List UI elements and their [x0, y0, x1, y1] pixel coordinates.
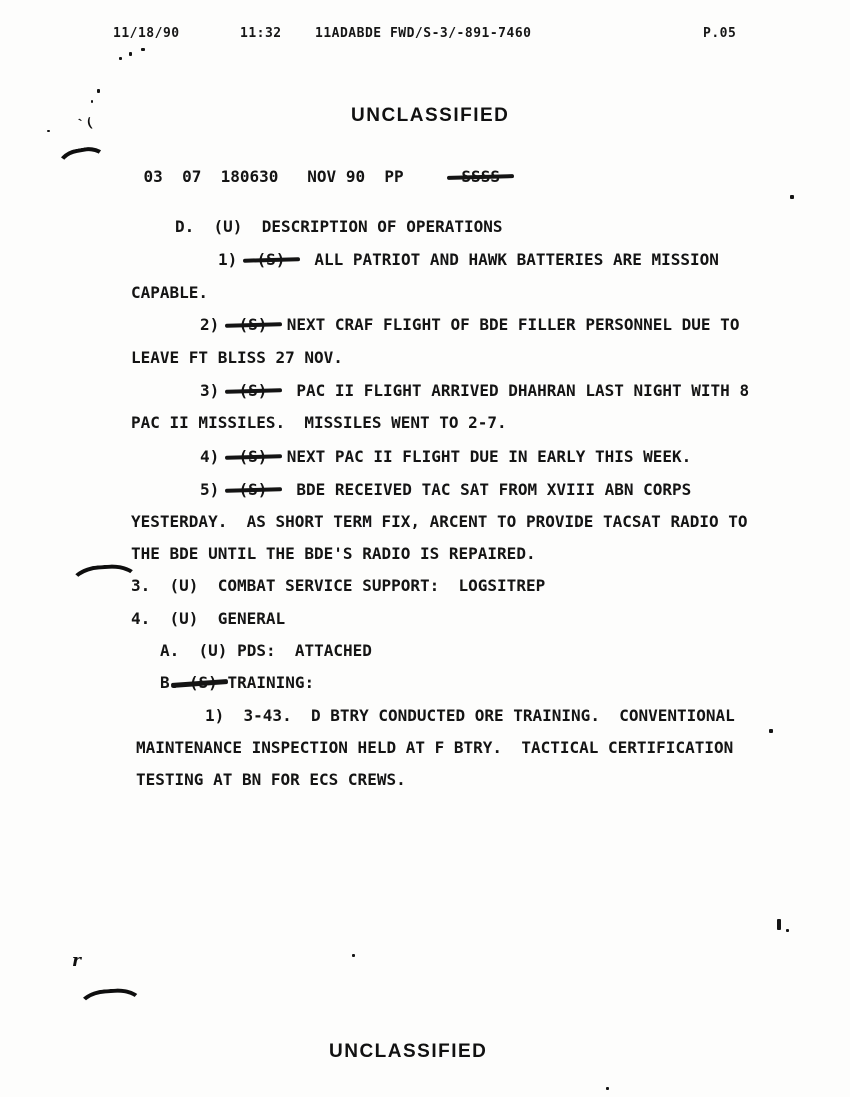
doc-line: 3. (U) COMBAT SERVICE SUPPORT: LOGSITREP — [131, 576, 545, 595]
doc-line: 3) (S) PAC II FLIGHT ARRIVED DHAHRAN LAS… — [200, 381, 749, 400]
doc-line: TESTING AT BN FOR ECS CREWS. — [136, 770, 406, 789]
doc-line: A. (U) PDS: ATTACHED — [160, 641, 372, 660]
fax-date: 11/18/90 — [113, 26, 180, 41]
scan-speck — [777, 919, 781, 930]
classification-banner-bottom: UNCLASSIFIED — [329, 1041, 487, 1063]
dtg-text: 03 07 180630 NOV 90 PP — [144, 167, 404, 186]
scan-speck — [119, 57, 122, 60]
fax-document-page: 11/18/90 11:32 11ADABDE FWD/S-3/-891-746… — [0, 0, 850, 1097]
scan-speck — [786, 929, 789, 932]
struck-classification-mark: (S) — [239, 315, 268, 334]
pen-r-mark: r — [72, 951, 81, 971]
fax-station-id: 11ADABDE FWD/S-3/-891-7460 — [315, 26, 532, 41]
scan-speck — [790, 195, 794, 199]
pen-arc-mark — [68, 563, 143, 608]
scan-speck — [97, 89, 100, 93]
scan-speck — [606, 1087, 609, 1090]
struck-classification-mark: (S) — [239, 447, 268, 466]
scan-speck — [129, 52, 132, 56]
pen-arc-mark — [54, 144, 111, 187]
fax-page-number: P.05 — [703, 26, 736, 41]
struck-classification-mark: (S) — [189, 673, 218, 692]
doc-line: 1) (S) ALL PATRIOT AND HAWK BATTERIES AR… — [218, 250, 719, 269]
doc-line: B. (S) TRAINING: — [160, 673, 314, 692]
pen-arc-mark — [76, 987, 146, 1030]
scan-speck — [769, 729, 773, 733]
scan-speck — [91, 100, 93, 103]
pen-tick-mark: `( — [77, 116, 95, 134]
doc-line: PAC II MISSILES. MISSILES WENT TO 2-7. — [131, 413, 507, 432]
struck-classification-mark: (S) — [239, 381, 268, 400]
doc-line: 1) 3-43. D BTRY CONDUCTED ORE TRAINING. … — [205, 706, 735, 725]
doc-line: YESTERDAY. AS SHORT TERM FIX, ARCENT TO … — [131, 512, 748, 531]
classification-banner-top: UNCLASSIFIED — [351, 105, 509, 127]
doc-line: THE BDE UNTIL THE BDE'S RADIO IS REPAIRE… — [131, 544, 536, 563]
redacted-classification-group: SSSS — [461, 167, 500, 186]
doc-line: CAPABLE. — [131, 283, 208, 302]
struck-classification-mark: (S) — [257, 250, 286, 269]
scan-speck — [352, 954, 355, 957]
doc-line: D. (U) DESCRIPTION OF OPERATIONS — [175, 217, 503, 236]
struck-classification-mark: (S) — [239, 480, 268, 499]
scan-speck — [141, 48, 145, 51]
doc-line: 5) (S) BDE RECEIVED TAC SAT FROM XVIII A… — [200, 480, 691, 499]
doc-line: LEAVE FT BLISS 27 NOV. — [131, 348, 343, 367]
fax-time: 11:32 — [240, 26, 282, 41]
scan-speck — [47, 130, 50, 132]
doc-line: 4) (S) NEXT PAC II FLIGHT DUE IN EARLY T… — [200, 447, 691, 466]
dtg-line: 03 07 180630 NOV 90 PP SSSS — [105, 148, 500, 205]
doc-line: 2) (S) NEXT CRAF FLIGHT OF BDE FILLER PE… — [200, 315, 739, 334]
doc-line: MAINTENANCE INSPECTION HELD AT F BTRY. T… — [136, 738, 733, 757]
doc-line: 4. (U) GENERAL — [131, 609, 285, 628]
